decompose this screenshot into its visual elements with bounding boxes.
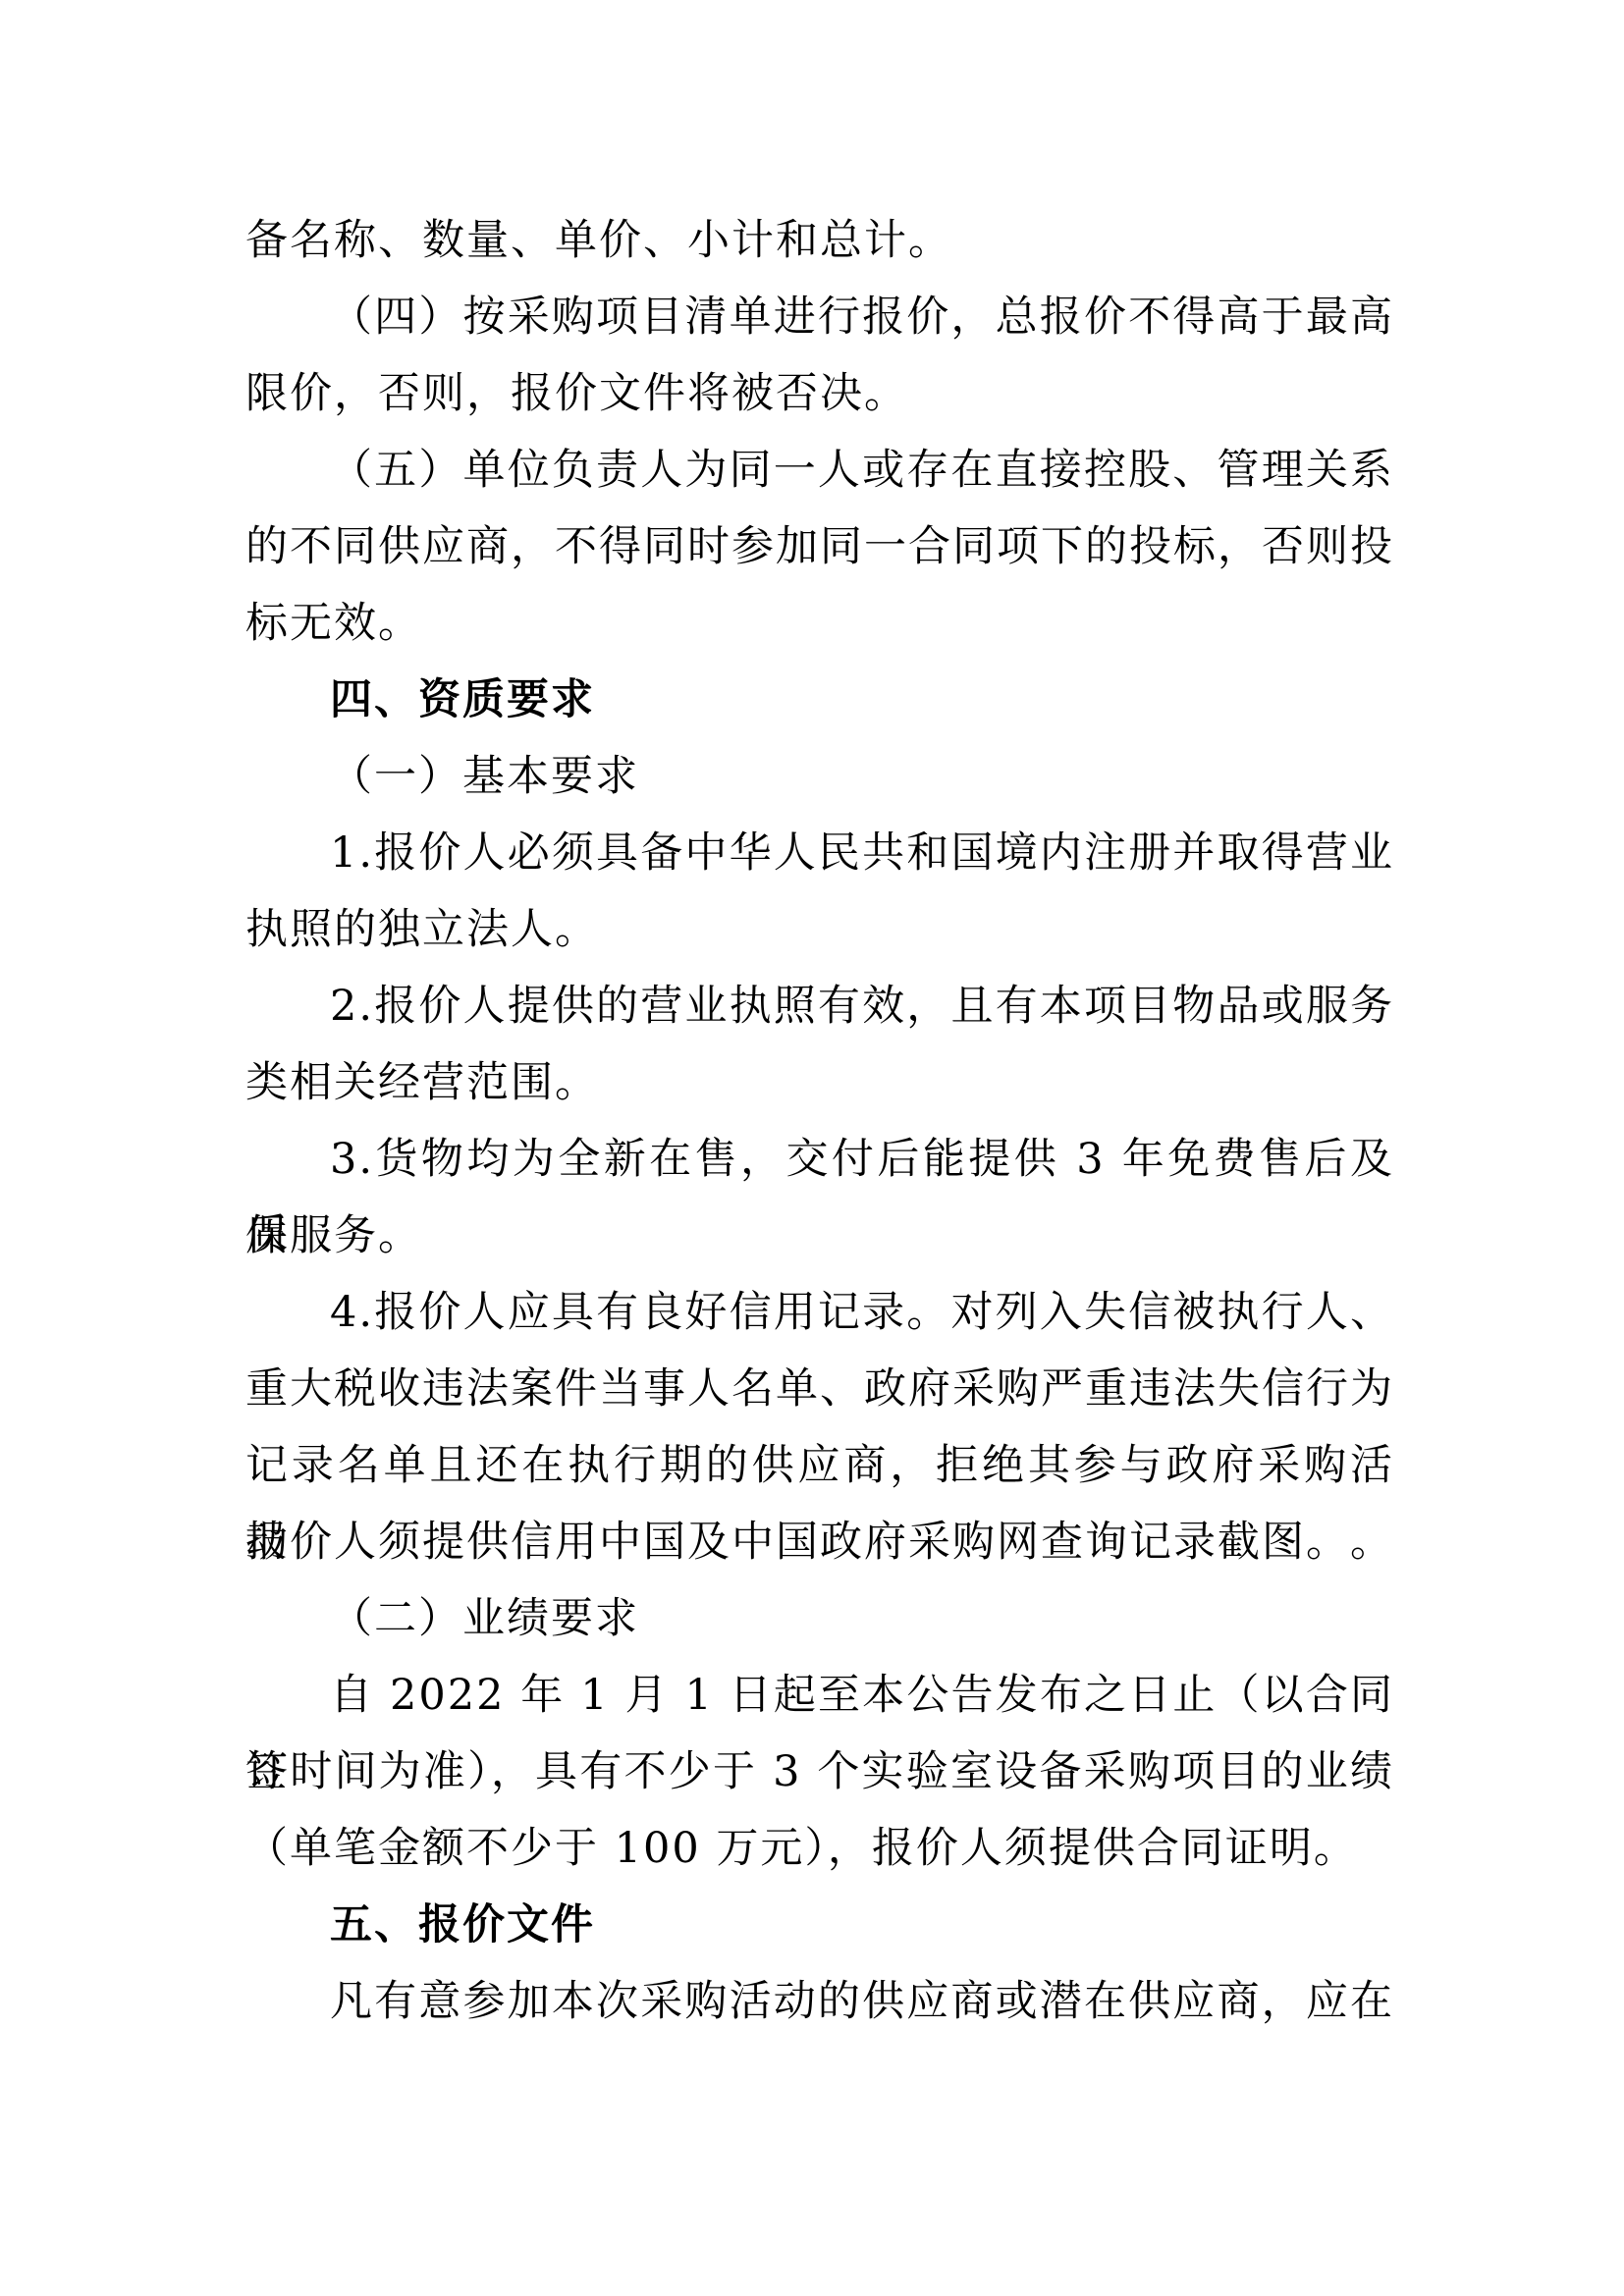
text-line-2: （四）按采购项目清单进行报价，总报价不得高于最高 bbox=[245, 279, 1394, 355]
text-line-4: （五）单位负责人为同一人或存在直接控股、管理关系 bbox=[245, 432, 1394, 508]
document-page: 备名称、数量、单价、小计和总计。（四）按采购项目清单进行报价，总报价不得高于最高… bbox=[0, 0, 1624, 2296]
text-line-17: 记录名单且还在执行期的供应商，拒绝其参与政府采购活动。 bbox=[245, 1427, 1394, 1504]
text-line-5: 的不同供应商，不得同时参加同一合同项下的投标，否则投 bbox=[245, 508, 1394, 585]
text-line-18: 报价人须提供信用中国及中国政府采购网查询记录截图。 bbox=[245, 1504, 1394, 1580]
text-line-7: 四、资质要求 bbox=[245, 662, 1394, 738]
text-line-10: 执照的独立法人。 bbox=[245, 891, 1394, 968]
text-line-16: 重大税收违法案件当事人名单、政府采购严重违法失信行为 bbox=[245, 1351, 1394, 1427]
text-line-12: 类相关经营范围。 bbox=[245, 1044, 1394, 1121]
text-line-11: 2.报价人提供的营业执照有效，且有本项目物品或服务 bbox=[245, 968, 1394, 1044]
text-line-14: 保服务。 bbox=[245, 1198, 1394, 1274]
text-line-23: 五、报价文件 bbox=[245, 1887, 1394, 1963]
text-line-19: （二）业绩要求 bbox=[245, 1580, 1394, 1657]
text-line-8: （一）基本要求 bbox=[245, 738, 1394, 815]
text-line-15: 4.报价人应具有良好信用记录。对列入失信被执行人、 bbox=[245, 1274, 1394, 1351]
text-line-9: 1.报价人必须具备中华人民共和国境内注册并取得营业 bbox=[245, 815, 1394, 891]
text-line-6: 标无效。 bbox=[245, 585, 1394, 662]
text-block: 备名称、数量、单价、小计和总计。（四）按采购项目清单进行报价，总报价不得高于最高… bbox=[245, 202, 1394, 2040]
text-line-20: 自 2022 年 1 月 1 日起至本公告发布之日止（以合同签 bbox=[245, 1657, 1394, 1734]
text-line-22: （单笔金额不少于 100 万元），报价人须提供合同证明。 bbox=[245, 1810, 1394, 1887]
text-line-24: 凡有意参加本次采购活动的供应商或潜在供应商，应在 bbox=[245, 1963, 1394, 2040]
text-line-21: 订时间为准），具有不少于 3 个实验室设备采购项目的业绩 bbox=[245, 1734, 1394, 1810]
text-line-3: 限价，否则，报价文件将被否决。 bbox=[245, 355, 1394, 432]
text-line-1: 备名称、数量、单价、小计和总计。 bbox=[245, 202, 1394, 279]
text-line-13: 3.货物均为全新在售，交付后能提供 3 年免费售后及质 bbox=[245, 1121, 1394, 1198]
